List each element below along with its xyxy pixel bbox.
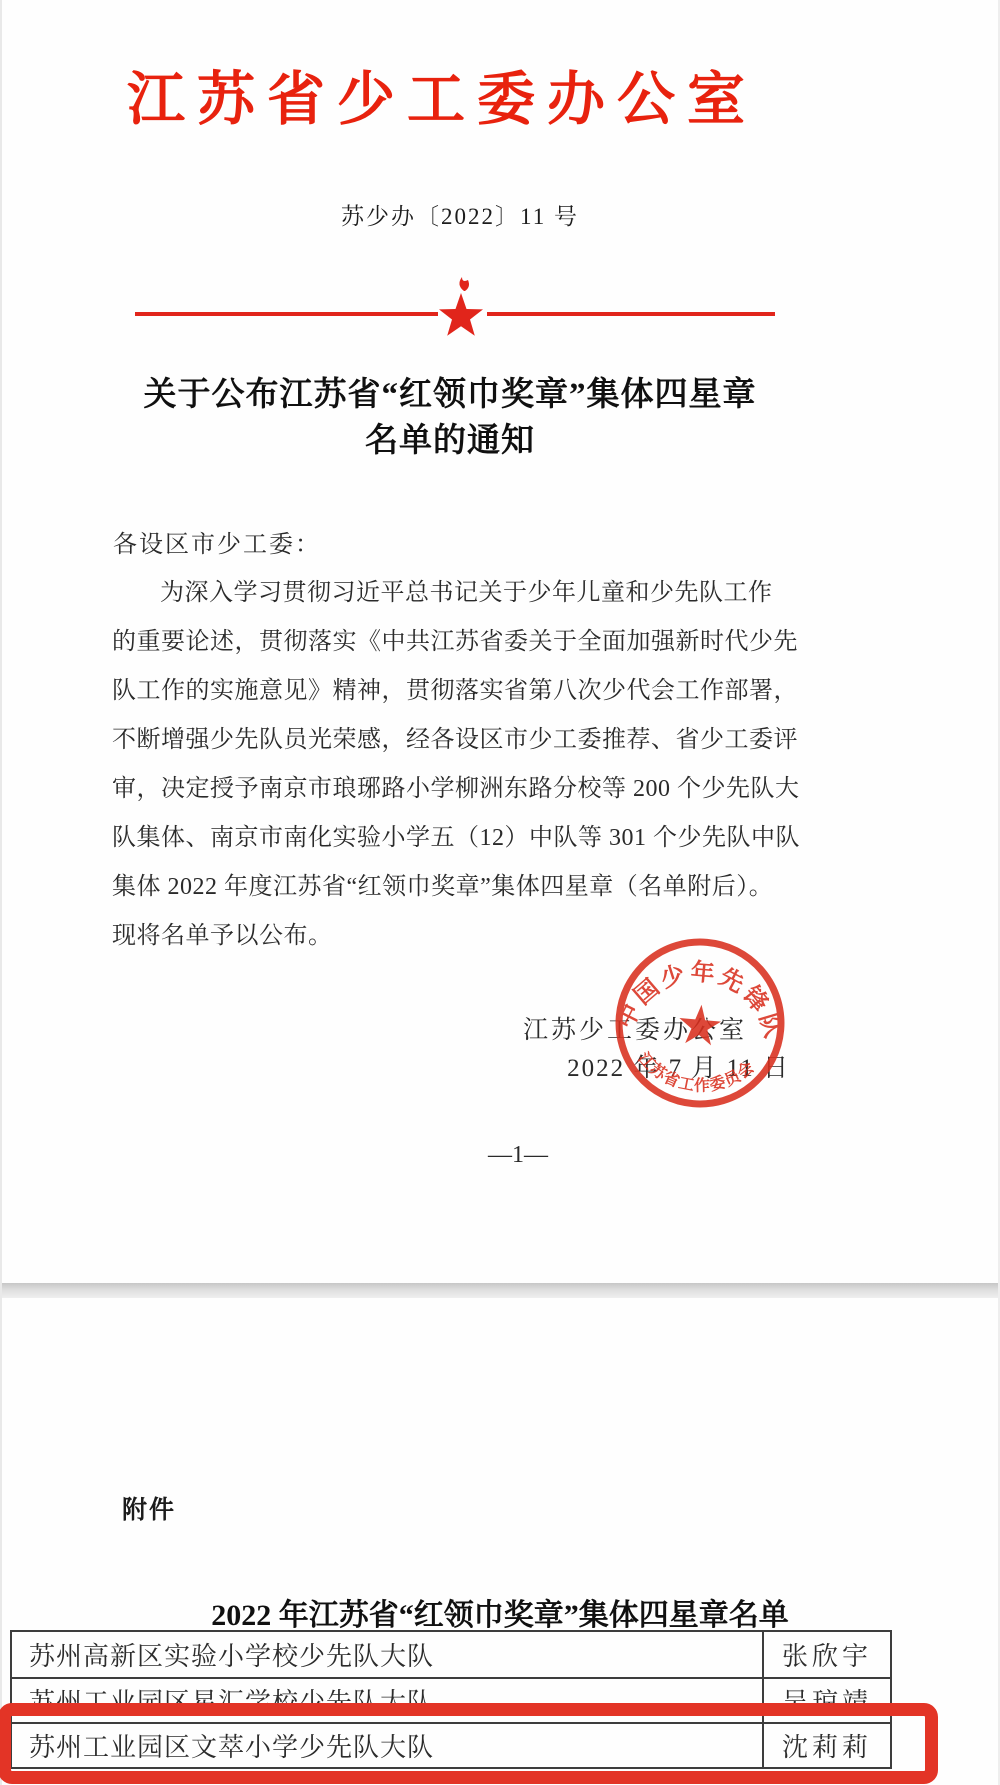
body-line: 为深入学习贯彻习近平总书记关于少年儿童和少先队工作 [112,572,850,607]
official-round-seal: 中国少年先锋队 ★ 江苏省工作委员会 [605,928,796,1119]
body-line: 不断增强少先队员光荣感，经各设区市少工委推荐、省少工委评 [112,719,802,754]
document-number: 苏少办〔2022〕11 号 [0,198,920,231]
award-list-title: 2022 年江苏省“红领巾奖章”集体四星章名单 [0,1590,1000,1634]
red-divider-left [135,312,438,316]
body-line: 队集体、南京市南化实验小学五（12）中队等 301 个少先队中队 [112,817,802,852]
counselor-name-cell: 沈莉莉 [762,1724,890,1767]
page-separator [0,1283,1000,1298]
table-row: 苏州工业园区星汇学校少先队大队 吴琼靖 [12,1677,890,1722]
notice-title-line-2: 名单的通知 [0,414,900,461]
red-divider-right [487,312,775,316]
notice-title-line-1: 关于公布江苏省“红领巾奖章”集体四星章 [0,368,900,415]
organization-cell: 苏州工业园区文萃小学少先队大队 [12,1724,762,1767]
scanned-document-view: 江苏省少工委办公室 苏少办〔2022〕11 号 关于公布江苏省“红领巾奖章”集体… [0,0,1000,1785]
attachment-label: 附件 [122,1490,176,1526]
table-row: 苏州高新区实验小学校少先队大队 张欣宇 [12,1632,890,1677]
scan-left-edge [0,0,2,1785]
seal-star-icon: ★ [673,993,727,1058]
body-line: 集体 2022 年度江苏省“红领巾奖章”集体四星章（名单附后）。 [112,866,802,901]
body-line: 审，决定授予南京市琅琊路小学柳洲东路分校等 200 个少先队大 [112,768,802,803]
counselor-name-cell: 吴琼靖 [762,1679,890,1722]
issuing-org-title: 江苏省少工委办公室 [60,62,824,137]
body-line: 的重要论述，贯彻落实《中共江苏省委关于全面加强新时代少先 [112,621,802,656]
award-table: 苏州高新区实验小学校少先队大队 张欣宇 苏州工业园区星汇学校少先队大队 吴琼靖 … [10,1630,892,1769]
body-line: 队工作的实施意见》精神，贯彻落实省第八次少代会工作部署， [112,670,802,705]
organization-cell: 苏州高新区实验小学校少先队大队 [12,1632,762,1677]
young-pioneers-star-torch-icon [430,276,492,340]
page-number: —1— [0,1142,1000,1169]
counselor-name-cell: 张欣宇 [762,1632,890,1677]
salutation: 各设区市少工委： [113,524,321,559]
table-row-highlighted: 苏州工业园区文萃小学少先队大队 沈莉莉 [12,1722,890,1767]
organization-cell: 苏州工业园区星汇学校少先队大队 [12,1679,762,1722]
